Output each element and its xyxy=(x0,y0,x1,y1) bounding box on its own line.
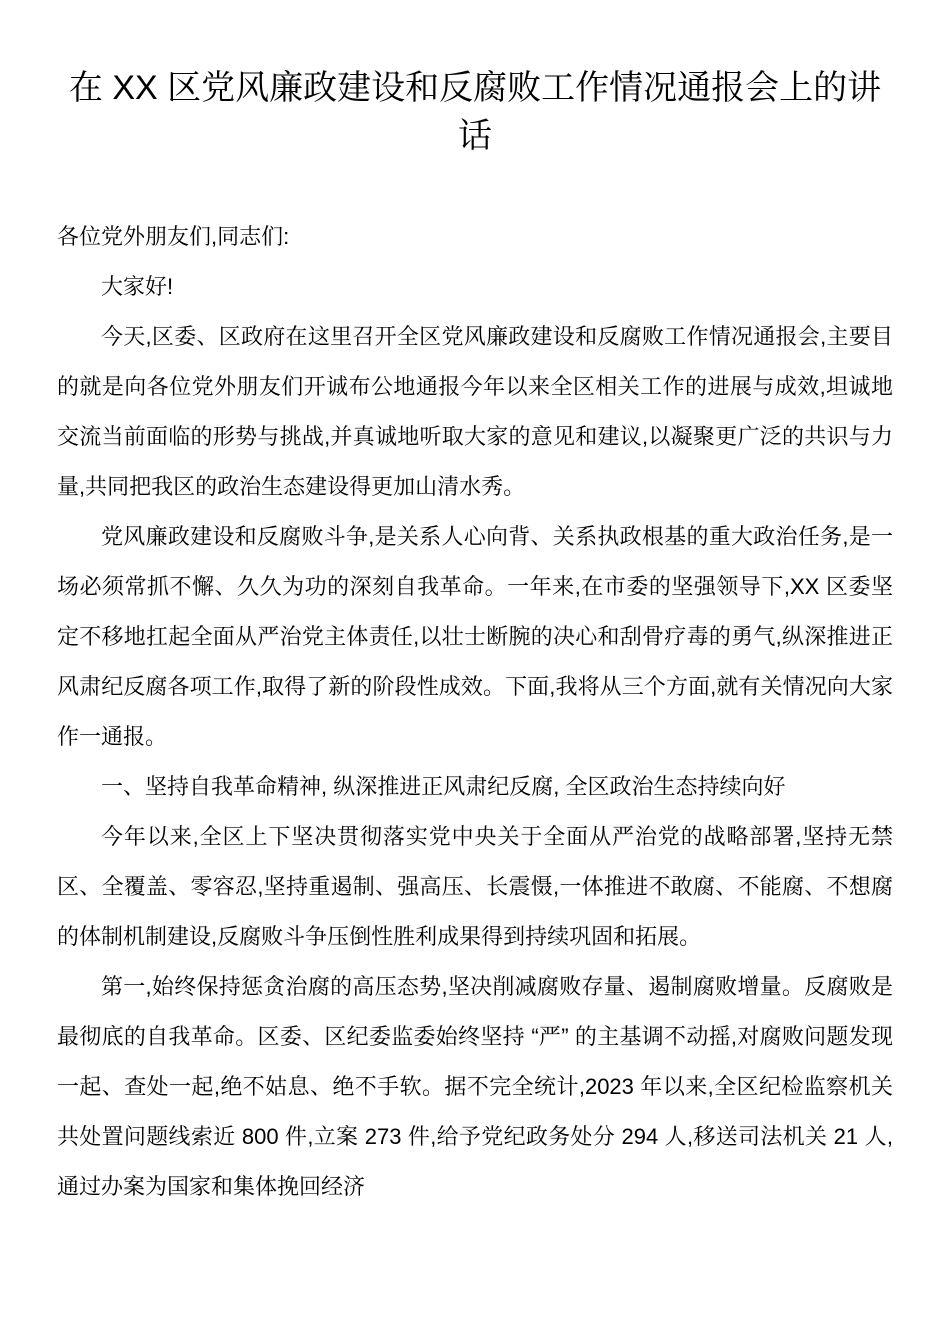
paragraph: 大家好! xyxy=(57,262,893,312)
paragraph: 今天,区委、区政府在这里召开全区党风廉政建设和反腐败工作情况通报会,主要目的就是… xyxy=(57,312,893,512)
paragraph: 今年以来,全区上下坚决贯彻落实党中央关于全面从严治党的战略部署,坚持无禁区、全覆… xyxy=(57,812,893,962)
paragraph: 党风廉政建设和反腐败斗争,是关系人心向背、关系执政根基的重大政治任务,是一场必须… xyxy=(57,512,893,762)
document-body: 各位党外朋友们,同志们:大家好!今天,区委、区政府在这里召开全区党风廉政建设和反… xyxy=(57,212,893,1212)
paragraph: 各位党外朋友们,同志们: xyxy=(57,212,893,262)
paragraph: 第一,始终保持惩贪治腐的高压态势,坚决削减腐败存量、遏制腐败增量。反腐败是最彻底… xyxy=(57,962,893,1212)
document-page: 在 XX 区党风廉政建设和反腐败工作情况通报会上的讲话 各位党外朋友们,同志们:… xyxy=(0,0,950,1344)
document-title: 在 XX 区党风廉政建设和反腐败工作情况通报会上的讲话 xyxy=(59,64,891,160)
section-heading: 一、坚持自我革命精神, 纵深推进正风肃纪反腐, 全区政治生态持续向好 xyxy=(57,762,893,812)
